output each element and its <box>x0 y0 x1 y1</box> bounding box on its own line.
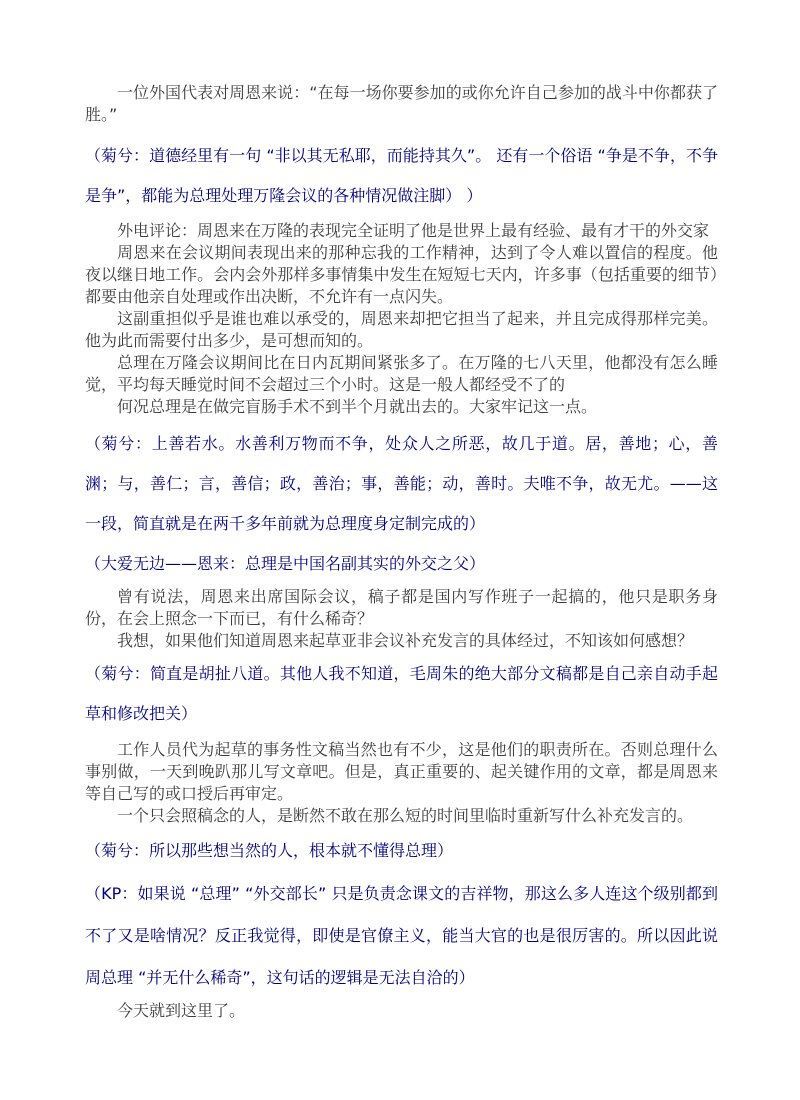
paragraph: 曾有说法，周恩来出席国际会议，稿子都是国内写作班子一起搞的，他只是职务身份，在会… <box>85 586 718 630</box>
body-block-staff-drafts: 工作人员代为起草的事务性文稿当然也有不少，这是他们的职责所在。否则总理什么事别做… <box>85 739 718 827</box>
body-block-drafting-rumor: 曾有说法，周恩来出席国际会议，稿子都是国内写作班子一起搞的，他只是职务身份，在会… <box>85 586 718 652</box>
comment-block-juxi-rebuttal: （菊兮：简直是胡扯八道。其他人我不知道，毛周朱的绝大部分文稿都是自己亲自动手起草… <box>85 654 718 734</box>
comment-paragraph: （菊兮：简直是胡扯八道。其他人我不知道，毛周朱的绝大部分文稿都是自己亲自动手起草… <box>85 654 718 734</box>
paragraph: 周恩来在会议期间表现出来的那种忘我的工作精神，达到了令人难以置信的程度。他夜以继… <box>85 242 718 308</box>
comment-block-juxi-conclusion: （菊兮：所以那些想当然的人，根本就不懂得总理） <box>85 831 718 871</box>
body-block-foreign-press: 外电评论：周恩来在万隆的表现完全证明了他是世界上最有经验、最有才干的外交家 周恩… <box>85 220 718 418</box>
document-content: 一位外国代表对周恩来说：“在每一场你要参加的或你允许自己参加的战斗中你都获了胜。… <box>85 82 718 1022</box>
comment-paragraph: （菊兮：所以那些想当然的人，根本就不懂得总理） <box>85 831 718 871</box>
paragraph: 何况总理是在做完盲肠手术不到半个月就出去的。大家牢记这一点。 <box>85 396 718 418</box>
paragraph: 这副重担似乎是谁也难以承受的，周恩来却把它担当了起来，并且完成得那样完美。他为此… <box>85 308 718 352</box>
body-block-closing: 今天就到这里了。 <box>85 1000 718 1022</box>
comment-paragraph: （菊兮：道德经里有一句 “非以其无私耶，而能持其久”。 还有一个俗语 “争是不争… <box>85 136 718 216</box>
paragraph: 今天就到这里了。 <box>85 1000 718 1022</box>
paragraph: 外电评论：周恩来在万隆的表现完全证明了他是世界上最有经验、最有才干的外交家 <box>85 220 718 242</box>
paragraph: 我想，如果他们知道周恩来起草亚非会议补充发言的具体经过，不知该如何感想？ <box>85 630 718 652</box>
paragraph: 工作人员代为起草的事务性文稿当然也有不少，这是他们的职责所在。否则总理什么事别做… <box>85 739 718 805</box>
paragraph: 一个只会照稿念的人，是断然不敢在那么短的时间里临时重新写什么补充发言的。 <box>85 805 718 827</box>
paragraph: 一位外国代表对周恩来说：“在每一场你要参加的或你允许自己参加的战斗中你都获了胜。… <box>85 82 718 126</box>
comment-block-juxi-shangshanruoshui: （菊兮：上善若水。水善利万物而不争，处众人之所恶，故几于道。居，善地；心，善渊；… <box>85 424 718 544</box>
comment-block-kp: （KP：如果说 “总理” “外交部长” 只是负责念课文的吉祥物，那这么多人连这个… <box>85 873 718 999</box>
comment-block-juxi-daodejing: （菊兮：道德经里有一句 “非以其无私耶，而能持其久”。 还有一个俗语 “争是不争… <box>85 136 718 216</box>
body-block-opening-quote: 一位外国代表对周恩来说：“在每一场你要参加的或你允许自己参加的战斗中你都获了胜。… <box>85 82 718 126</box>
comment-paragraph: （菊兮：上善若水。水善利万物而不争，处众人之所恶，故几于道。居，善地；心，善渊；… <box>85 424 718 544</box>
document-page: 一位外国代表对周恩来说：“在每一场你要参加的或你允许自己参加的战斗中你都获了胜。… <box>0 0 800 1100</box>
paragraph: 总理在万隆会议期间比在日内瓦期间紧张多了。在万隆的七八天里，他都没有怎么睡觉，平… <box>85 352 718 396</box>
comment-paragraph: （大爱无边——恩来：总理是中国名副其实的外交之父） <box>85 544 718 584</box>
comment-paragraph: （KP：如果说 “总理” “外交部长” 只是负责念课文的吉祥物，那这么多人连这个… <box>85 873 718 999</box>
comment-block-daaiwubian: （大爱无边——恩来：总理是中国名副其实的外交之父） <box>85 544 718 584</box>
